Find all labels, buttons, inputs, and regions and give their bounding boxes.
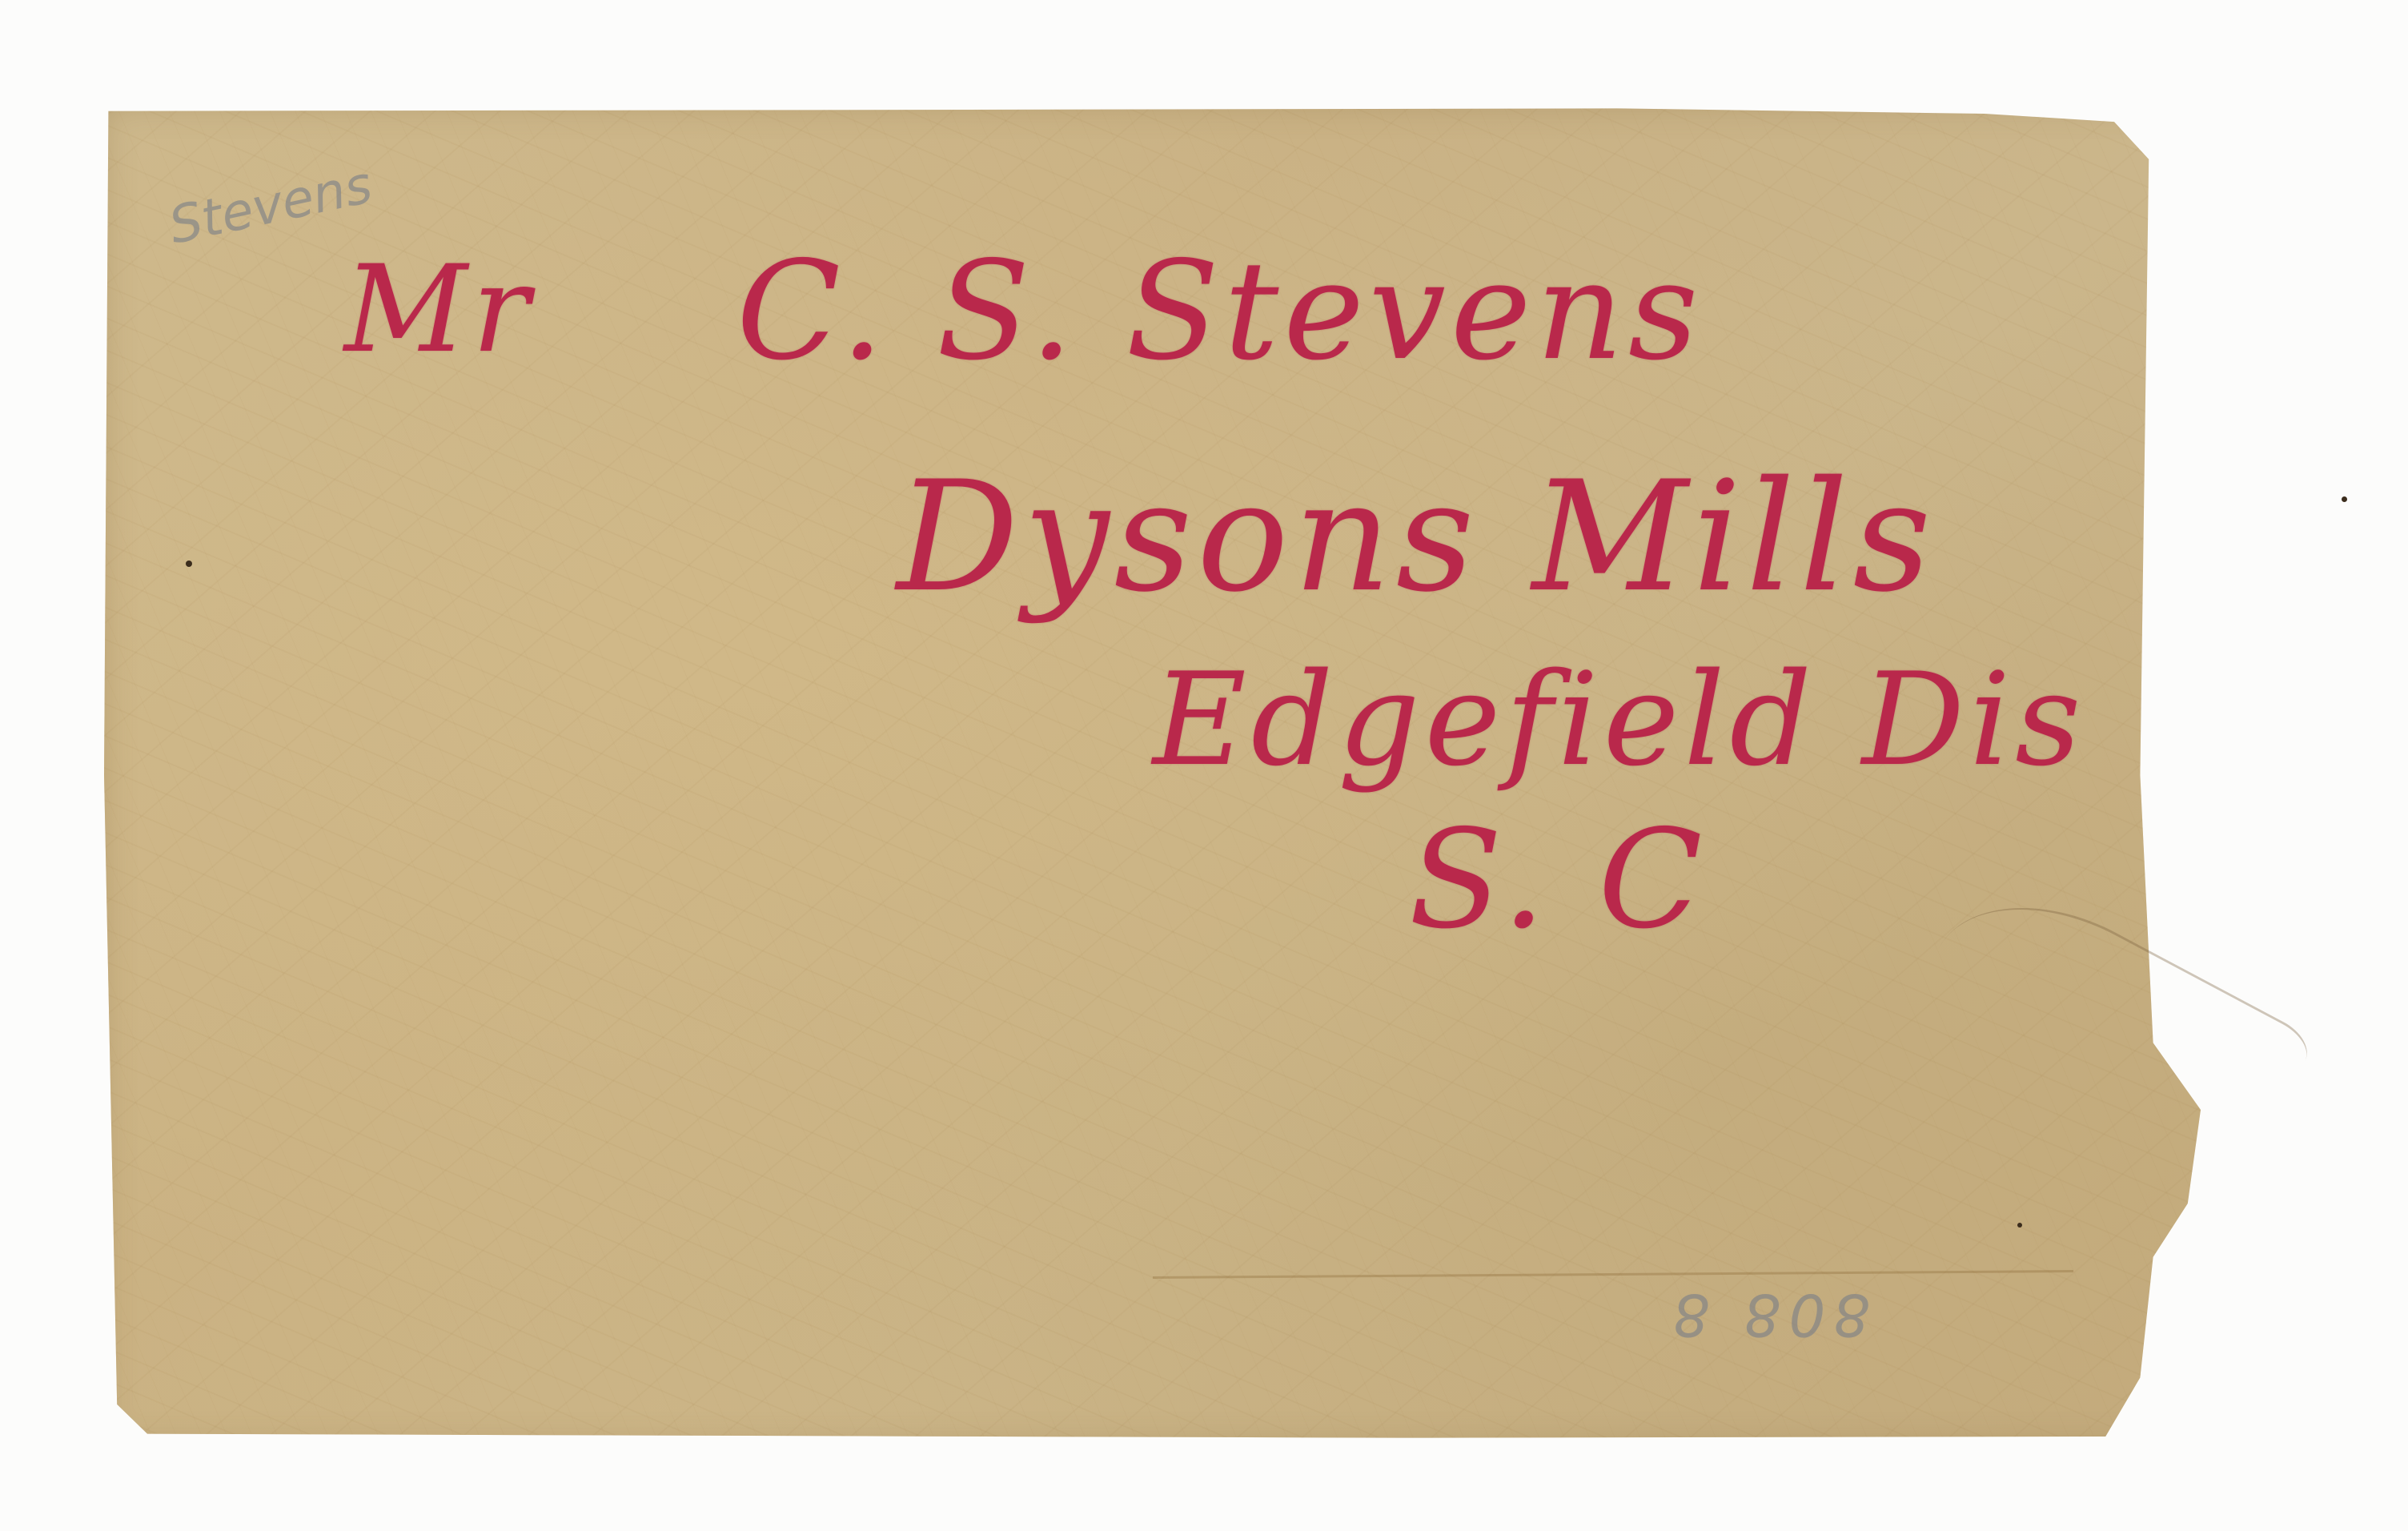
- pencil-note-bottom-right: 808 8: [1665, 1281, 1870, 1348]
- address-recipient-name: C. S. Stevens: [736, 232, 1703, 391]
- address-state: S. C: [1409, 801, 1708, 959]
- ink-speck: [2017, 1223, 2022, 1228]
- scan-background: Stevens Mr C. S. Stevens Dysons Mills Ed…: [0, 0, 2408, 1531]
- address-place: Dysons Mills: [897, 448, 1936, 625]
- ink-speck: [2342, 496, 2347, 502]
- ink-speck: [186, 561, 192, 567]
- address-district: Edgefield Dis: [1153, 645, 2085, 794]
- address-salutation: Mr: [344, 240, 534, 380]
